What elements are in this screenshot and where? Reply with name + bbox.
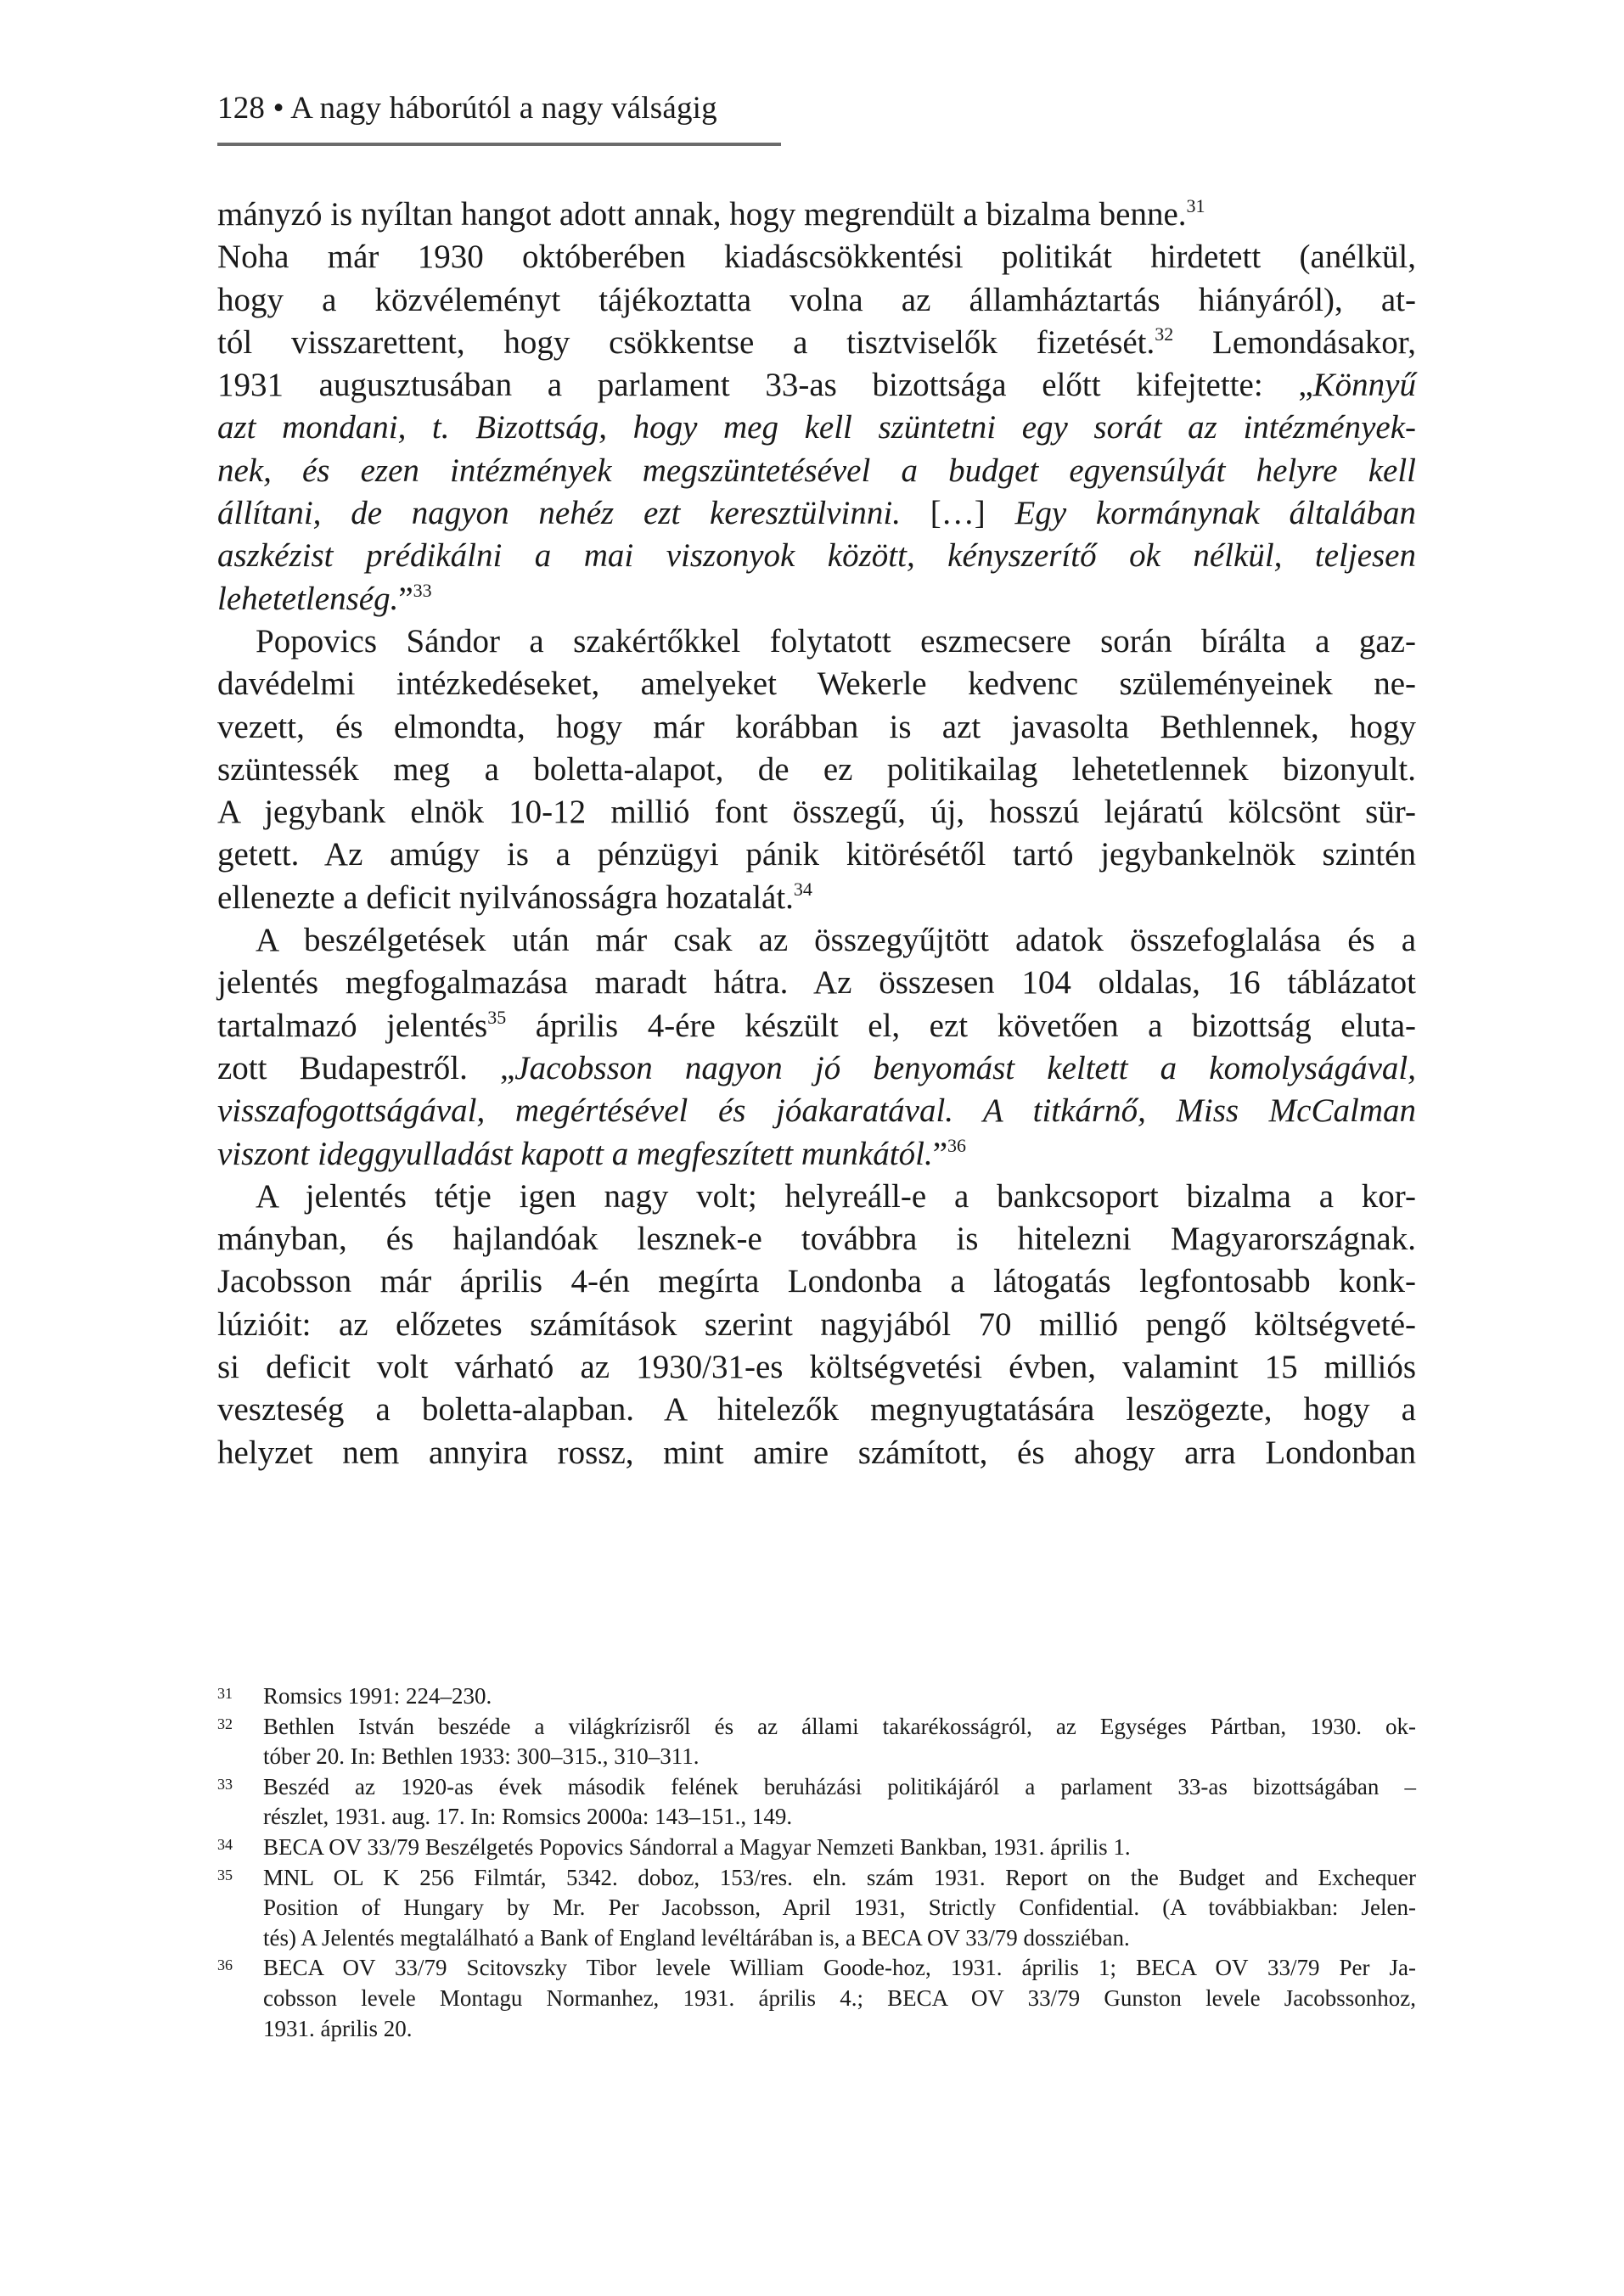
body-line: helyzet nem annyira rossz, mint amire sz… (217, 1432, 1416, 1474)
text-run: […] (901, 495, 1015, 531)
text-run: si deficit volt várható az 1930/31-es kö… (217, 1349, 1416, 1385)
text-run: A jegybank elnök 10-12 millió font össze… (217, 794, 1416, 830)
text-run: tartalmazó jelentés (217, 1008, 487, 1044)
text-run: helyzet nem annyira rossz, mint amire sz… (217, 1434, 1416, 1471)
text-run: davédelmi intézkedéseket, amelyeket Weke… (217, 665, 1416, 702)
text-run: vezett, és elmondta, hogy már korábban i… (217, 709, 1416, 745)
text-run: tól visszarettent, hogy csökkentse a tis… (217, 324, 1155, 361)
text-run: Noha már 1930 októberében kiadáscsökkent… (217, 239, 1416, 275)
text-run: mányzó is nyíltan hangot adott annak, ho… (217, 196, 1187, 233)
footnote-text-line: Beszéd az 1920-as évek második felének b… (263, 1772, 1416, 1803)
quoted-italic-text: azt mondani, t. Bizottság, hogy meg kell… (217, 409, 1416, 446)
footnote-text-line: 1931. április 20. (263, 2014, 1416, 2045)
body-line: zott Budapestről. „Jacobsson nagyon jó b… (217, 1047, 1416, 1090)
text-run: A jelentés tétje igen nagy volt; helyreá… (256, 1178, 1416, 1215)
body-line: si deficit volt várható az 1930/31-es kö… (217, 1346, 1416, 1389)
body-line: veszteség a boletta-alapban. A hitelezők… (217, 1389, 1416, 1431)
footnote-number: 31 (217, 1678, 233, 1709)
footnote-number: 36 (217, 1950, 233, 1980)
footnote-reference[interactable]: 35 (487, 1007, 506, 1028)
footnote-text-line: BECA OV 33/79 Scitovszky Tibor levele Wi… (263, 1953, 1416, 1984)
text-run: Lemondásakor, (1173, 324, 1416, 361)
footnote-34: 34BECA OV 33/79 Beszélgetés Popovics Sán… (217, 1833, 1416, 1863)
running-header: 128 • A nagy háborútól a nagy válságig (217, 88, 781, 129)
body-line: getett. Az amúgy is a pénzügyi pánik kit… (217, 834, 1416, 876)
body-line: hogy a közvéleményt tájékoztatta volna a… (217, 279, 1416, 322)
body-line: Jacobsson már április 4-én megírta Londo… (217, 1260, 1416, 1303)
footnote-number: 33 (217, 1769, 233, 1799)
footnote-32: 32Bethlen István beszéde a világkrízisrő… (217, 1712, 1416, 1772)
footnote-number: 32 (217, 1709, 233, 1739)
body-line: aszkézist prédikálni a mai viszonyok köz… (217, 535, 1416, 577)
text-run: jelentés megfogalmazása maradt hátra. Az… (217, 964, 1416, 1001)
footnote-35: 35MNL OL K 256 Filmtár, 5342. doboz, 153… (217, 1863, 1416, 1954)
footnote-reference[interactable]: 33 (413, 580, 432, 601)
page-number: 128 (217, 91, 265, 126)
body-line: visszafogottságával, megértésével és jóa… (217, 1090, 1416, 1132)
text-run: lúzióit: az előzetes számítások szerint … (217, 1306, 1416, 1343)
body-line: szüntessék meg a boletta-alapot, de ez p… (217, 749, 1416, 791)
body-line: A beszélgetések után már csak az összegy… (217, 919, 1416, 962)
quoted-italic-text: nek, és ezen intézmények megszüntetéséve… (217, 452, 1416, 489)
body-line: vezett, és elmondta, hogy már korábban i… (217, 706, 1416, 749)
quoted-italic-text: állítani, de nagyon nehéz ezt keresztülv… (217, 495, 901, 531)
body-line: ellenezte a deficit nyilvánosságra hozat… (217, 877, 1416, 919)
footnote-text-line: Bethlen István beszéde a világkrízisről … (263, 1712, 1416, 1743)
body-line: állítani, de nagyon nehéz ezt keresztülv… (217, 492, 1416, 535)
footnote-number: 35 (217, 1860, 233, 1890)
body-line: 1931 augusztusában a parlament 33-as biz… (217, 364, 1416, 407)
footnote-text-line: tés) A Jelentés megtalálható a Bank of E… (263, 1923, 1416, 1954)
quoted-italic-text: Egy kormánynak általában (1015, 495, 1416, 531)
body-line: viszont ideggyulladást kapott a megfeszí… (217, 1133, 1416, 1176)
body-line: A jelentés tétje igen nagy volt; helyreá… (217, 1176, 1416, 1218)
header-rule (217, 143, 781, 146)
text-run: hogy a közvéleményt tájékoztatta volna a… (217, 282, 1416, 318)
body-line: Popovics Sándor a szakértőkkel folytatot… (217, 620, 1416, 663)
running-title: A nagy háborútól a nagy válságig (290, 91, 717, 126)
body-line: tól visszarettent, hogy csökkentse a tis… (217, 322, 1416, 364)
body-line: tartalmazó jelentés35 április 4-ére kész… (217, 1005, 1416, 1047)
text-run: ellenezte a deficit nyilvánosságra hozat… (217, 879, 794, 916)
text-run: getett. Az amúgy is a pénzügyi pánik kit… (217, 836, 1416, 873)
footnote-reference[interactable]: 31 (1187, 195, 1205, 216)
footnote-text-line: Position of Hungary by Mr. Per Jacobsson… (263, 1893, 1416, 1923)
body-line: jelentés megfogalmazása maradt hátra. Az… (217, 962, 1416, 1004)
text-run: A beszélgetések után már csak az összegy… (256, 922, 1416, 958)
body-text: mányzó is nyíltan hangot adott annak, ho… (217, 194, 1416, 1474)
footnote-reference[interactable]: 34 (794, 879, 812, 900)
body-line: nek, és ezen intézmények megszüntetéséve… (217, 450, 1416, 492)
footnote-reference[interactable]: 36 (947, 1135, 966, 1156)
quoted-italic-text: visszafogottságával, megértésével és jóa… (217, 1092, 1416, 1129)
body-line: azt mondani, t. Bizottság, hogy meg kell… (217, 407, 1416, 449)
text-run: Jacobsson már április 4-én megírta Londo… (217, 1263, 1416, 1300)
footnote-text-line: cobsson levele Montagu Normanhez, 1931. … (263, 1984, 1416, 2014)
footnote-reference[interactable]: 32 (1155, 323, 1173, 345)
body-line: mányban, és hajlandóak lesznek-e továbbr… (217, 1218, 1416, 1260)
body-line: lehetetlenség.”33 (217, 578, 1416, 620)
quoted-italic-text: Jacobsson nagyon jó benyomást keltett a … (514, 1050, 1416, 1086)
body-line: lúzióit: az előzetes számítások szerint … (217, 1304, 1416, 1346)
text-run: mányban, és hajlandóak lesznek-e továbbr… (217, 1221, 1416, 1257)
footnotes: 31Romsics 1991: 224–230.32Bethlen István… (217, 1681, 1416, 2044)
bullet-separator-icon: • (273, 91, 284, 126)
footnote-31: 31Romsics 1991: 224–230. (217, 1681, 1416, 1712)
quoted-italic-text: Könnyű (1313, 367, 1416, 403)
text-run: Popovics Sándor a szakértőkkel folytatot… (256, 623, 1416, 660)
footnote-text-line: Romsics 1991: 224–230. (263, 1681, 1416, 1712)
body-line: A jegybank elnök 10-12 millió font össze… (217, 791, 1416, 834)
footnote-text-line: tóber 20. In: Bethlen 1933: 300–315., 31… (263, 1742, 1416, 1772)
text-run: szüntessék meg a boletta-alapot, de ez p… (217, 751, 1416, 788)
body-line: davédelmi intézkedéseket, amelyeket Weke… (217, 663, 1416, 705)
text-run: zott Budapestről. „ (217, 1050, 514, 1086)
footnote-36: 36BECA OV 33/79 Scitovszky Tibor levele … (217, 1953, 1416, 2044)
footnote-text-line: BECA OV 33/79 Beszélgetés Popovics Sándo… (263, 1833, 1416, 1863)
body-line: Noha már 1930 októberében kiadáscsökkent… (217, 236, 1416, 278)
footnote-text-line: MNL OL K 256 Filmtár, 5342. doboz, 153/r… (263, 1863, 1416, 1894)
footnote-text-line: részlet, 1931. aug. 17. In: Romsics 2000… (263, 1802, 1416, 1833)
text-run: 1931 augusztusában a parlament 33-as biz… (217, 367, 1313, 403)
text-run: április 4-ére készült el, ezt követően a… (506, 1008, 1416, 1044)
body-line: mányzó is nyíltan hangot adott annak, ho… (217, 194, 1416, 236)
text-run: ” (933, 1136, 947, 1172)
footnote-number: 34 (217, 1829, 233, 1860)
quoted-italic-text: lehetetlenség. (217, 581, 398, 617)
text-run: veszteség a boletta-alapban. A hitelezők… (217, 1391, 1416, 1428)
quoted-italic-text: viszont ideggyulladást kapott a megfeszí… (217, 1136, 933, 1172)
footnote-33: 33Beszéd az 1920-as évek második felének… (217, 1772, 1416, 1833)
text-run: ” (398, 581, 413, 617)
quoted-italic-text: aszkézist prédikálni a mai viszonyok köz… (217, 537, 1416, 574)
